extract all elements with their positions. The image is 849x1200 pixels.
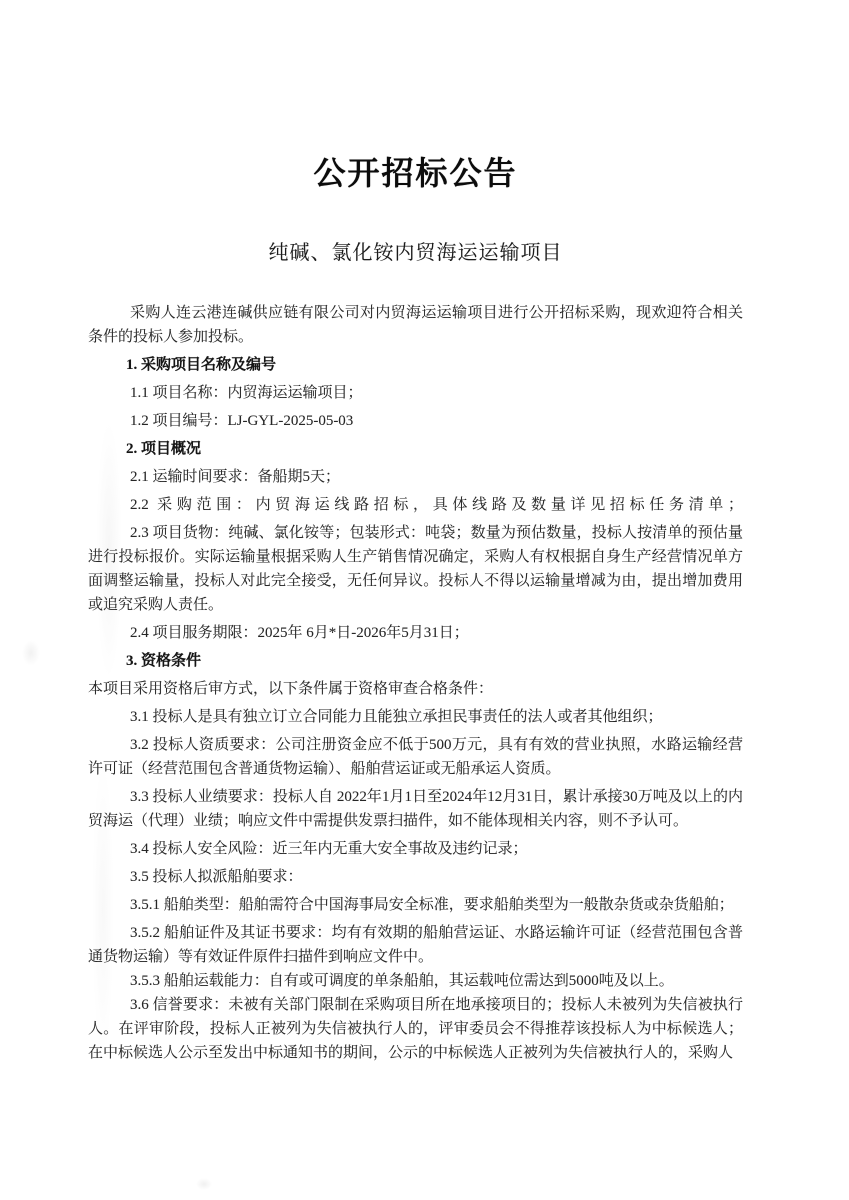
document-paragraph: 1.2 项目编号：LJ-GYL-2025-05-03	[88, 409, 743, 433]
document-paragraph: 3.5.1 船舶类型：船舶需符合中国海事局安全标准，要求船舶类型为一般散杂货或杂…	[88, 893, 743, 917]
section-heading: 1. 采购项目名称及编号	[88, 353, 743, 377]
document-paragraph: 本项目采用资格后审方式，以下条件属于资格审查合格条件：	[88, 677, 743, 701]
document-paragraph: 3.4 投标人安全风险：近三年内无重大安全事故及违约记录；	[88, 837, 743, 861]
document-paragraph: 3.5.2 船舶证件及其证书要求：均有有效期的船舶营运证、水路运输许可证（经营范…	[88, 921, 743, 969]
document-title: 公开招标公告	[88, 153, 743, 193]
document-paragraph: 3.3 投标人业绩要求：投标人自 2022年1月1日至2024年12月31日，累…	[88, 785, 743, 833]
document-paragraph: 3.2 投标人资质要求：公司注册资金应不低于500万元，具有有效的营业执照，水路…	[88, 733, 743, 781]
document-page: 公开招标公告 纯碱、氯化铵内贸海运运输项目 采购人连云港连碱供应链有限公司对内贸…	[0, 0, 849, 1200]
scan-smudge	[22, 640, 40, 666]
document-paragraph: 1.1 项目名称：内贸海运运输项目；	[88, 381, 743, 405]
document-paragraph: 3.1 投标人是具有独立订立合同能力且能独立承担民事责任的法人或者其他组织；	[88, 705, 743, 729]
section-heading: 3. 资格条件	[88, 649, 743, 673]
document-subtitle: 纯碱、氯化铵内贸海运运输项目	[88, 240, 743, 266]
document-paragraph: 采购人连云港连碱供应链有限公司对内贸海运运输项目进行公开招标采购，现欢迎符合相关…	[88, 301, 743, 349]
document-paragraph: 3.5 投标人拟派船舶要求：	[88, 865, 743, 889]
section-heading: 2. 项目概况	[88, 437, 743, 461]
document-paragraph: 3.6 信誉要求：未被有关部门限制在采购项目所在地承接项目的；投标人未被列为失信…	[88, 993, 743, 1065]
document-paragraph: 2.1 运输时间要求：备船期5天；	[88, 465, 743, 489]
document-paragraph: 2.2 采购范围：内贸海运线路招标，具体线路及数量详见招标任务清单；	[88, 493, 743, 517]
document-body: 采购人连云港连碱供应链有限公司对内贸海运运输项目进行公开招标采购，现欢迎符合相关…	[88, 301, 743, 1065]
document-paragraph: 2.4 项目服务期限：2025年 6月*日-2026年5月31日；	[88, 621, 743, 645]
document-paragraph: 2.3 项目货物：纯碱、氯化铵等；包装形式：吨袋；数量为预估数量，投标人按清单的…	[88, 521, 743, 617]
document-paragraph: 3.5.3 船舶运载能力：自有或可调度的单条船舶，其运载吨位需达到5000吨及以…	[88, 969, 743, 993]
scan-smudge	[196, 1178, 212, 1190]
